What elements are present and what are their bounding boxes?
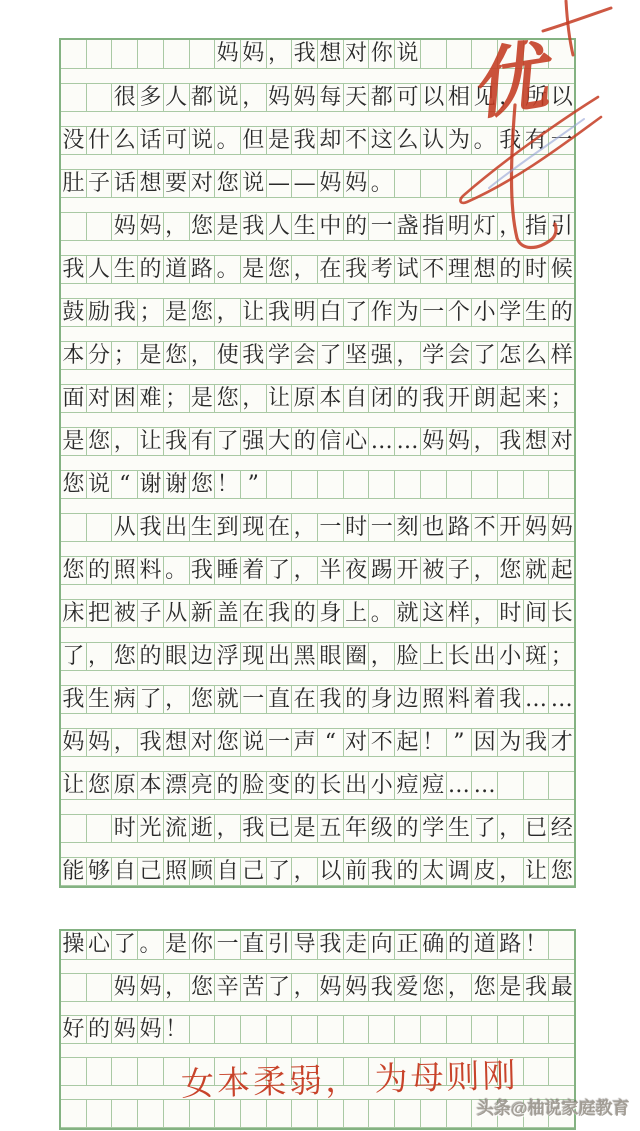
grid-cell: 光 (137, 815, 163, 842)
grid-cell: 了 (137, 686, 163, 713)
grid-cell: — (266, 170, 292, 197)
grid-row: 了，您的眼边浮现出黑眼圈，脸上长出小斑； (61, 642, 574, 671)
grid-cell: 年 (343, 815, 369, 842)
grid-cell: 学 (266, 342, 292, 369)
grid-cell: 人 (86, 256, 112, 283)
grid-cell: 调 (446, 858, 472, 885)
grid-cell: 级 (368, 815, 394, 842)
grid-cell (548, 1016, 574, 1043)
grid-cell (61, 1100, 86, 1127)
grid-row: 肚子话想要对您说——妈妈。 (61, 169, 574, 198)
grid-row: 妈妈，我想对您说一声“对不起！”因为我才 (61, 728, 574, 757)
grid-cell: 学 (420, 815, 446, 842)
grid-cell (317, 471, 343, 498)
grid-cell (163, 40, 189, 68)
grid-cell: 在 (291, 686, 317, 713)
grid-cell (111, 1100, 137, 1127)
interline-strip (61, 1002, 574, 1015)
grid-cell: — (291, 170, 317, 197)
grid-cell: 么 (523, 342, 549, 369)
grid-cell: 在 (266, 514, 292, 541)
grid-cell: 盏 (394, 213, 420, 240)
grid-cell: 您 (548, 858, 574, 885)
grid-cell: 生 (111, 256, 137, 283)
grid-cell: 也 (420, 514, 446, 541)
grid-cell: 眼 (163, 643, 189, 670)
grid-cell: 您 (420, 974, 446, 1001)
grid-cell (317, 1100, 343, 1127)
grid-cell: 正 (394, 931, 420, 959)
grid-cell: 想 (163, 729, 189, 756)
grid-cell: 对 (86, 385, 112, 412)
grid-cell: 您 (189, 686, 215, 713)
grid-cell (368, 471, 394, 498)
grid-cell: 自 (214, 858, 240, 885)
grid-cell: 你 (189, 931, 215, 959)
grid-row: 是您，让我有了强大的信心……妈妈，我想对 (61, 427, 574, 456)
grid-cell: 妈 (523, 514, 549, 541)
grid-cell: 鼓 (61, 299, 86, 326)
grid-cell: 就 (214, 686, 240, 713)
grid-row: 操心了。是你一直引导我走向正确的道路！ (61, 931, 574, 960)
grid-cell: 样 (548, 342, 574, 369)
grid-cell: 您 (86, 428, 112, 455)
grid-cell (497, 1016, 523, 1043)
grid-cell: 妈 (291, 84, 317, 111)
grid-cell: 已 (266, 815, 292, 842)
grid-cell: 边 (189, 643, 215, 670)
grid-cell (548, 40, 574, 68)
grid-cell (266, 1100, 292, 1127)
grid-cell: 说 (214, 84, 240, 111)
grid-row: 好的妈妈！ (61, 1015, 574, 1044)
grid-cell: 我 (266, 299, 292, 326)
grid-cell: 闭 (368, 385, 394, 412)
grid-cell: 。 (163, 557, 189, 584)
grid-cell: 了 (111, 931, 137, 959)
grid-cell (266, 1016, 292, 1043)
grid-cell: 道 (163, 256, 189, 283)
grid-row: 没什么话可说。但是我却不这么认为。我有一 (61, 126, 574, 155)
grid-cell: 想 (523, 428, 549, 455)
grid-cell: ， (214, 299, 240, 326)
grid-cell: 的 (446, 931, 472, 959)
grid-cell: … (368, 428, 394, 455)
grid-cell: 困 (111, 385, 137, 412)
grid-cell: 您 (61, 557, 86, 584)
grid-cell: 的 (86, 1016, 112, 1043)
grid-cell: 的 (343, 213, 369, 240)
grid-cell: 己 (137, 858, 163, 885)
grid-cell: ， (471, 557, 497, 584)
grid-cell: 够 (86, 858, 112, 885)
grid-row: 从我出生到现在，一时一刻也路不开妈妈 (61, 513, 574, 542)
grid-cell: 强 (368, 342, 394, 369)
grid-cell: 我 (240, 342, 266, 369)
grid-cell: ， (497, 858, 523, 885)
grid-cell (446, 40, 472, 68)
grid-cell: 心 (343, 428, 369, 455)
grid-cell (343, 471, 369, 498)
grid-cell (343, 1100, 369, 1127)
grid-row: 让您原本漂亮的脸变的长出小痘痘…… (61, 771, 574, 800)
essay-photo-root: 妈妈，我想对你说很多人都说，妈妈每天都可以相见，所以没什么话可说。但是我却不这么… (0, 0, 640, 1131)
grid-cell: 我 (368, 974, 394, 1001)
grid-cell: 理 (446, 256, 472, 283)
grid-cell: ， (291, 974, 317, 1001)
grid-cell: 作 (368, 299, 394, 326)
grid-cell: 向 (368, 931, 394, 959)
grid-cell (61, 84, 86, 111)
grid-cell: 斑 (523, 643, 549, 670)
grid-cell: 妈 (111, 1016, 137, 1043)
grid-cell: 是 (291, 815, 317, 842)
grid-cell: 很 (111, 84, 137, 111)
grid-cell: 到 (214, 514, 240, 541)
grid-cell: 对 (343, 40, 369, 68)
grid-cell: 了 (214, 428, 240, 455)
composition-paper-page-1: 妈妈，我想对你说很多人都说，妈妈每天都可以相见，所以没什么话可说。但是我却不这么… (59, 38, 576, 888)
grid-cell (471, 170, 497, 197)
grid-cell: 着 (240, 557, 266, 584)
grid-cell (497, 471, 523, 498)
grid-cell: ， (497, 84, 523, 111)
grid-cell: 什 (86, 127, 112, 154)
grid-cell: 会 (291, 342, 317, 369)
grid-cell: 了 (343, 299, 369, 326)
grid-cell: 妈 (137, 974, 163, 1001)
grid-cell: ； (137, 299, 163, 326)
grid-cell: 出 (163, 514, 189, 541)
grid-cell: 我 (189, 557, 215, 584)
grid-cell: 。 (471, 127, 497, 154)
grid-cell: 本 (317, 385, 343, 412)
interline-strip (61, 499, 574, 513)
grid-cell: 出 (266, 643, 292, 670)
grid-cell: 我 (368, 858, 394, 885)
grid-cell (86, 213, 112, 240)
interline-strip (61, 542, 574, 556)
grid-cell: 时 (523, 256, 549, 283)
grid-cell: 白 (317, 299, 343, 326)
interline-strip (61, 284, 574, 298)
grid-cell: 刻 (394, 514, 420, 541)
grid-cell: 是 (137, 342, 163, 369)
grid-cell: 谢 (137, 471, 163, 498)
grid-cell: 妈 (137, 1016, 163, 1043)
grid-cell: “ (111, 471, 137, 498)
grid-row: 时光流逝，我已是五年级的学生了，已经 (61, 814, 574, 843)
grid-cell: 起 (394, 729, 420, 756)
grid-cell (86, 974, 112, 1001)
watermark: 头条@柚说家庭教育 (477, 1094, 630, 1119)
grid-cell: 黑 (291, 643, 317, 670)
grid-cell: 的 (291, 772, 317, 799)
grid-cell: 面 (61, 385, 86, 412)
grid-cell: 的 (291, 600, 317, 627)
grid-cell: 但 (240, 127, 266, 154)
grid-cell: 是 (240, 256, 266, 283)
grid-cell: 为 (497, 729, 523, 756)
grid-cell: 好 (61, 1016, 86, 1043)
grid-cell: 睡 (214, 557, 240, 584)
grid-cell: 小 (368, 772, 394, 799)
grid-cell (137, 1100, 163, 1127)
grid-cell: 一 (420, 299, 446, 326)
grid-cell (137, 40, 163, 68)
grid-cell: ， (163, 974, 189, 1001)
grid-cell: 路 (189, 256, 215, 283)
grid-cell: 。 (368, 170, 394, 197)
grid-cell: 您 (111, 643, 137, 670)
grid-cell: 样 (446, 600, 472, 627)
grid-cell (497, 772, 523, 799)
grid-cell: 脸 (240, 772, 266, 799)
grid-cell: 来 (523, 385, 549, 412)
grid-cell: 现 (240, 643, 266, 670)
grid-cell: 可 (394, 84, 420, 111)
grid-cell (471, 1016, 497, 1043)
grid-cell: 妈 (61, 729, 86, 756)
grid-cell (523, 40, 549, 68)
grid-cell: ！ (163, 1016, 189, 1043)
grid-cell: 试 (394, 256, 420, 283)
interline-strip (61, 198, 574, 212)
grid-cell: 踢 (368, 557, 394, 584)
grid-cell (523, 170, 549, 197)
grid-cell: 逝 (189, 815, 215, 842)
grid-row: 鼓励我；是您，让我明白了作为一个小学生的 (61, 298, 574, 327)
grid-cell: 间 (523, 600, 549, 627)
grid-cell: 的 (548, 299, 574, 326)
grid-cell: 指 (420, 213, 446, 240)
grid-cell: 的 (86, 557, 112, 584)
interline-strip (61, 585, 574, 599)
grid-row: 我生病了，您就一直在我的身边照料着我…… (61, 685, 574, 714)
grid-cell: 开 (446, 385, 472, 412)
grid-cell (86, 40, 112, 68)
grid-cell (61, 40, 86, 68)
grid-cell (317, 1016, 343, 1043)
grid-cell: 认 (420, 127, 446, 154)
interline-strip (61, 800, 574, 814)
grid-cell: 的 (394, 815, 420, 842)
grid-cell: 圈 (343, 643, 369, 670)
grid-cell: 一 (317, 514, 343, 541)
grid-cell: 人 (163, 84, 189, 111)
grid-cell (523, 1016, 549, 1043)
grid-cell: 我 (291, 127, 317, 154)
grid-row: 床把被子从新盖在我的身上。就这样，时间长 (61, 599, 574, 628)
grid-cell: 我 (266, 600, 292, 627)
grid-cell (446, 471, 472, 498)
grid-cell: 灯 (471, 213, 497, 240)
grid-cell: 我 (523, 974, 549, 1001)
interline-strip (61, 69, 574, 83)
grid-cell: 我 (61, 686, 86, 713)
grid-cell: 妈 (317, 170, 343, 197)
interline-strip (61, 327, 574, 341)
grid-cell: ” (240, 471, 266, 498)
grid-cell: … (471, 772, 497, 799)
grid-cell: ， (86, 643, 112, 670)
grid-cell: 学 (497, 299, 523, 326)
grid-cell: 我 (163, 428, 189, 455)
grid-cell: 我 (497, 428, 523, 455)
grid-cell: 一 (214, 931, 240, 959)
grid-row: 妈妈，您辛苦了，妈妈我爱您，您是我最 (61, 973, 574, 1002)
grid-cell (61, 974, 86, 1001)
grid-cell: 上 (343, 600, 369, 627)
grid-cell (548, 1058, 574, 1085)
grid-cell: 话 (137, 127, 163, 154)
grid-cell: 可 (163, 127, 189, 154)
grid-cell: 您 (189, 471, 215, 498)
grid-cell: ， (291, 858, 317, 885)
grid-cell: 引 (548, 213, 574, 240)
grid-cell: 考 (368, 256, 394, 283)
grid-cell: 漂 (163, 772, 189, 799)
grid-cell: 要 (163, 170, 189, 197)
grid-cell (420, 170, 446, 197)
grid-cell: 怎 (497, 342, 523, 369)
grid-cell: 路 (497, 931, 523, 959)
grid-cell: 我 (137, 514, 163, 541)
grid-cell (86, 514, 112, 541)
grid-cell: … (446, 772, 472, 799)
grid-cell: 指 (523, 213, 549, 240)
grid-cell (189, 40, 215, 68)
grid-cell: 料 (137, 557, 163, 584)
grid-cell: 为 (446, 127, 472, 154)
grid-row: 您说“谢谢您！” (61, 470, 574, 499)
grid-cell (189, 1016, 215, 1043)
grid-cell: 亮 (189, 772, 215, 799)
grid-cell: 的 (137, 643, 163, 670)
grid-cell: 在 (240, 600, 266, 627)
grid-cell: 半 (317, 557, 343, 584)
grid-cell: ； (111, 342, 137, 369)
grid-cell: 么 (111, 127, 137, 154)
grid-cell: 的 (137, 256, 163, 283)
grid-cell: 我 (420, 385, 446, 412)
grid-cell: 确 (420, 931, 446, 959)
grid-cell: 难 (137, 385, 163, 412)
grid-row: 妈妈，您是我人生中的一盏指明灯，指引 (61, 212, 574, 241)
grid-cell: 一 (368, 213, 394, 240)
grid-cell: 了 (317, 342, 343, 369)
grid-row: 很多人都说，妈妈每天都可以相见，所以 (61, 83, 574, 112)
grid-cell (471, 471, 497, 498)
grid-cell: 起 (497, 385, 523, 412)
grid-cell (446, 170, 472, 197)
interline-strip (61, 112, 574, 126)
grid-cell (420, 1016, 446, 1043)
grid-cell: 不 (343, 127, 369, 154)
grid-cell: 从 (111, 514, 137, 541)
grid-cell (446, 1100, 472, 1127)
grid-cell: 想 (137, 170, 163, 197)
grid-cell: 夜 (343, 557, 369, 584)
grid-cell (61, 213, 86, 240)
grid-cell: 了 (471, 342, 497, 369)
grid-cell: 皮 (471, 858, 497, 885)
grid-cell (523, 772, 549, 799)
grid-cell: 的 (291, 428, 317, 455)
grid-cell: 一 (240, 686, 266, 713)
grid-row: 面对困难；是您，让原本自闭的我开朗起来； (61, 384, 574, 413)
grid-cell (343, 1016, 369, 1043)
grid-cell (394, 471, 420, 498)
grid-cell: 明 (291, 299, 317, 326)
grid-cell (214, 1016, 240, 1043)
grid-cell: 了 (266, 557, 292, 584)
grid-cell: 时 (497, 600, 523, 627)
grid-cell: 妈 (240, 40, 266, 68)
grid-cell: 想 (471, 256, 497, 283)
grid-cell: 您 (266, 256, 292, 283)
grid-cell: 我 (317, 931, 343, 959)
grid-cell: ！ (523, 931, 549, 959)
grid-cell: 开 (497, 514, 523, 541)
grid-cell: 天 (343, 84, 369, 111)
grid-cell: ， (394, 342, 420, 369)
grid-cell: 我 (111, 299, 137, 326)
grid-cell: 以 (317, 858, 343, 885)
grid-cell: 让 (240, 299, 266, 326)
grid-cell: 却 (317, 127, 343, 154)
grid-cell: ， (471, 600, 497, 627)
grid-cell: … (548, 686, 574, 713)
grid-cell: 妈 (446, 428, 472, 455)
grid-cell (137, 1058, 163, 1085)
grid-cell (548, 772, 574, 799)
grid-cell: 妈 (137, 213, 163, 240)
grid-cell: 新 (189, 600, 215, 627)
grid-cell: ， (497, 815, 523, 842)
grid-cell (548, 471, 574, 498)
grid-cell: 小 (497, 643, 523, 670)
grid-cell: 能 (61, 858, 86, 885)
grid-cell: 生 (189, 514, 215, 541)
grid-cell: 心 (86, 931, 112, 959)
grid-cell: 经 (548, 815, 574, 842)
grid-cell: 把 (86, 600, 112, 627)
grid-cell: 苦 (240, 974, 266, 1001)
grid-cell: 的 (343, 686, 369, 713)
interline-strip (61, 456, 574, 470)
grid-cell: ， (368, 643, 394, 670)
grid-cell: 这 (420, 600, 446, 627)
grid-cell: 被 (111, 600, 137, 627)
grid-cell: ， (163, 686, 189, 713)
grid-cell: 妈 (343, 974, 369, 1001)
grid-cell: 对 (548, 428, 574, 455)
grid-cell: 您 (189, 299, 215, 326)
grid-cell: 爱 (394, 974, 420, 1001)
grid-cell: ！ (214, 471, 240, 498)
grid-cell: 了 (266, 974, 292, 1001)
grid-cell: 不 (420, 256, 446, 283)
grid-cell: 是 (189, 385, 215, 412)
grid-cell: 着 (471, 686, 497, 713)
grid-cell: 您 (214, 170, 240, 197)
grid-cell (368, 1016, 394, 1043)
grade-plus-horizontal-stroke (543, 8, 611, 31)
grid-cell: 出 (471, 643, 497, 670)
grid-cell: ！ (420, 729, 446, 756)
grid-cell (61, 815, 86, 842)
